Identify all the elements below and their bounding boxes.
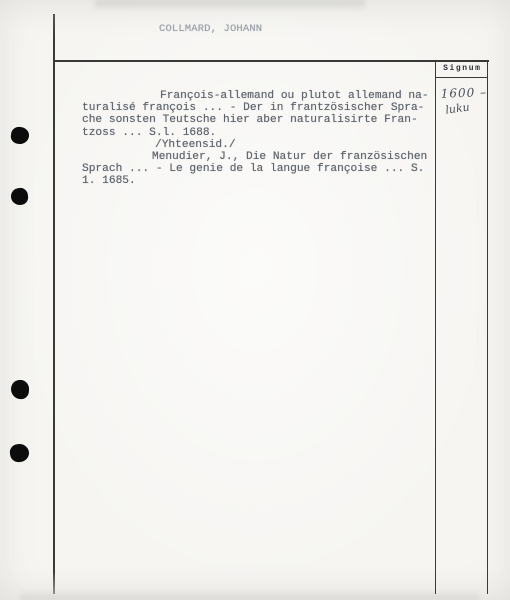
scan-smudge-bottom bbox=[20, 591, 480, 600]
body-line: Sprach ... - Le genie de la langue franç… bbox=[82, 163, 438, 175]
punch-hole bbox=[10, 187, 29, 206]
body-line: che sonsten Teutsche hier aber naturalis… bbox=[82, 114, 438, 126]
body-text: François-allemand ou plutot allemand na-… bbox=[82, 90, 438, 188]
card-heading: COLLMARD, JOHANN bbox=[159, 23, 262, 35]
punch-hole bbox=[10, 126, 30, 145]
left-margin-rule bbox=[53, 14, 55, 594]
signum-header: Signum bbox=[436, 60, 487, 78]
handwritten-era-line2: luku bbox=[445, 98, 488, 117]
top-rule bbox=[53, 60, 489, 62]
body-line: /Yhteensid./ bbox=[82, 139, 438, 151]
punch-hole bbox=[9, 443, 30, 463]
signum-label: Signum bbox=[442, 64, 482, 73]
body-line: 1. 1685. bbox=[82, 175, 438, 187]
punch-hole bbox=[10, 379, 29, 399]
body-line: turalisé françois ... - Der in frantzösi… bbox=[82, 102, 438, 114]
catalog-card-scan: COLLMARD, JOHANN Signum 1600 – luku Fran… bbox=[0, 0, 510, 600]
signum-box: Signum 1600 – luku bbox=[435, 60, 488, 594]
body-line: Menudier, J., Die Natur der französische… bbox=[82, 151, 438, 163]
body-line: François-allemand ou plutot allemand na- bbox=[82, 90, 438, 102]
signum-value-handwritten: 1600 – luku bbox=[436, 85, 488, 115]
scan-smudge-top bbox=[95, 0, 365, 11]
body-line: tzoss ... S.l. 1688. bbox=[82, 127, 438, 139]
